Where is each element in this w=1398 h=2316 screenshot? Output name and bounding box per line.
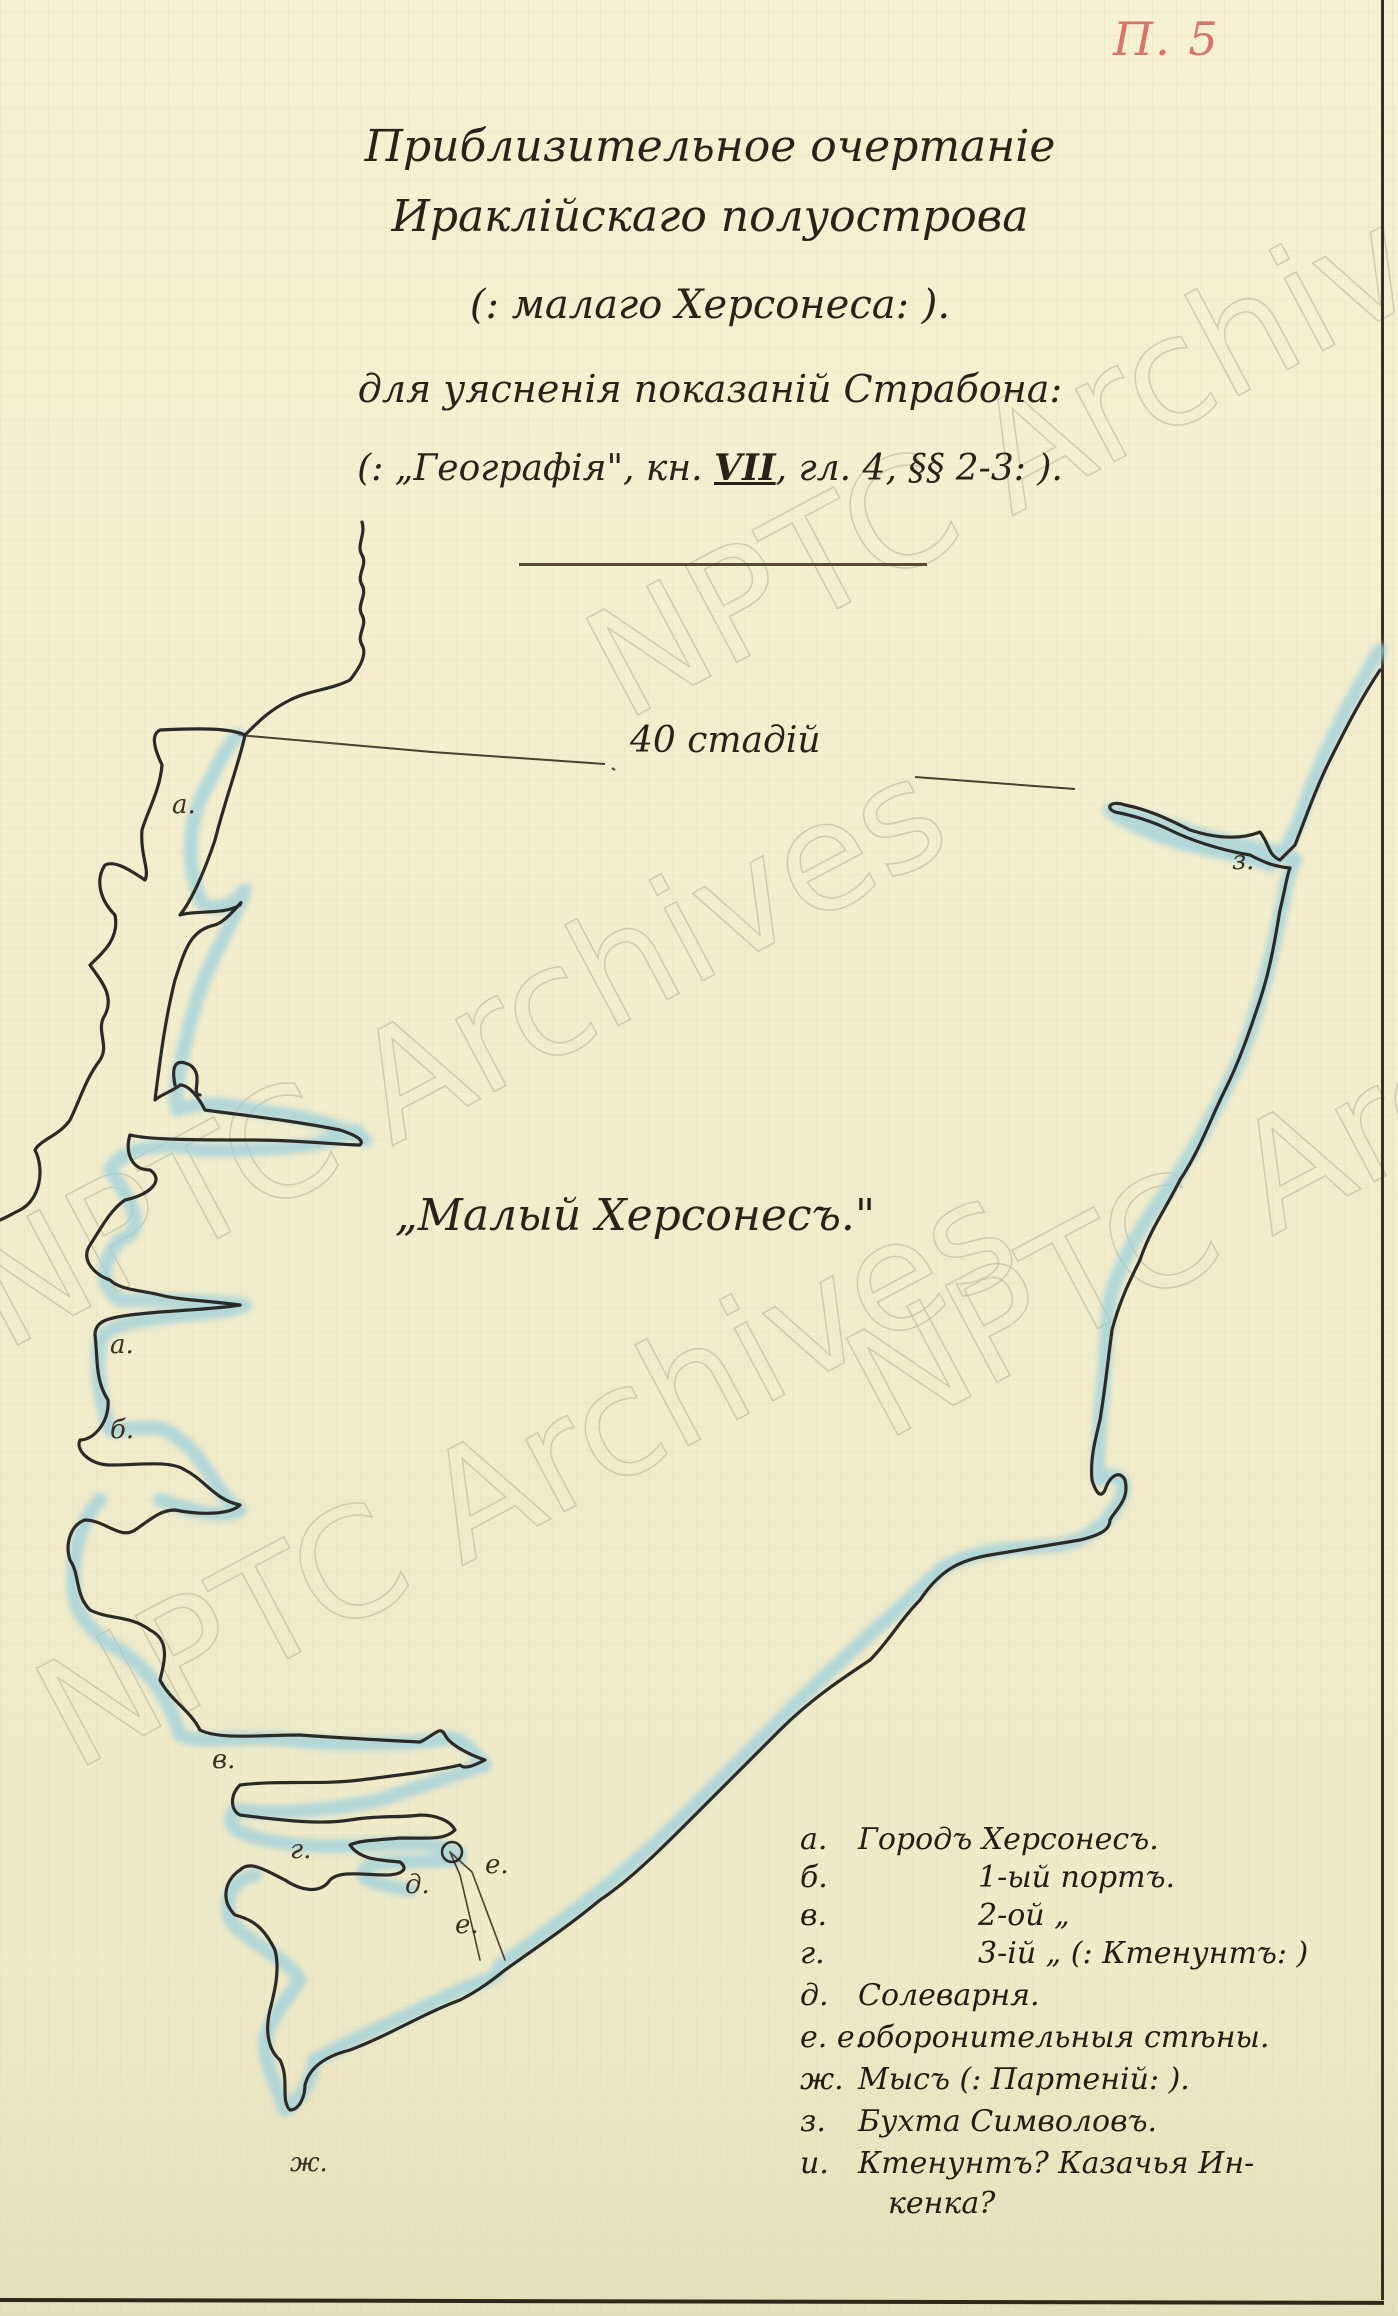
legend-text: Солеварня. (858, 1978, 1040, 2013)
legend-text: кенка? (858, 2186, 995, 2221)
legend-item: в.2-ой „ (800, 1898, 1070, 1933)
legend-key: е. е. (800, 2020, 858, 2055)
legend-item: б.1-ый портъ. (800, 1860, 1175, 1895)
legend-text: Ктенунтъ? Казачья Ин- (858, 2146, 1254, 2181)
legend-key: г. (800, 1936, 858, 1971)
map-point-e2: е. (455, 1910, 479, 1940)
water-wash (74, 650, 1380, 2110)
legend-item: а.Городъ Херсонесъ. (800, 1822, 1159, 1857)
region-label: „Малый Херсонесъ." (395, 1190, 875, 1241)
legend-text: оборонительныя стѣны. (858, 2020, 1269, 2055)
legend-item: з.Бухта Символовъ. (800, 2104, 1157, 2139)
map-point-a-top: а. (172, 790, 196, 820)
legend-item: и.Ктенунтъ? Казачья Ин- (800, 2146, 1254, 2181)
legend-key: а. (800, 1822, 858, 1857)
legend-key: в. (800, 1898, 858, 1933)
map-point-z: з. (1232, 846, 1254, 876)
legend-key: и. (800, 2146, 858, 2181)
map-point-e1: е. (485, 1850, 509, 1880)
map-point-v: в. (212, 1745, 235, 1775)
legend-text: Мысъ (: Партеній: ). (858, 2062, 1190, 2097)
legend-text: 3-ій „ (: Ктенунтъ: ) (858, 1936, 1308, 1971)
legend-text: 1-ый портъ. (858, 1860, 1175, 1895)
map-point-g: г. (290, 1835, 311, 1865)
legend-key: ж. (800, 2062, 858, 2097)
legend-item: кенка? (800, 2186, 995, 2221)
scale-label: 40 стадій (630, 720, 821, 761)
legend-key: з. (800, 2104, 858, 2139)
legend-key: б. (800, 1860, 858, 1895)
map-point-a: а. (110, 1330, 134, 1360)
legend-text: 2-ой „ (858, 1898, 1070, 1933)
legend-item: г.3-ій „ (: Ктенунтъ: ) (800, 1936, 1308, 1971)
legend-text: Городъ Херсонесъ. (858, 1822, 1159, 1857)
map-point-d: д. (405, 1870, 430, 1900)
legend-item: е. е.оборонительныя стѣны. (800, 2020, 1269, 2055)
map-point-zh: ж. (290, 2148, 328, 2178)
legend-key: д. (800, 1978, 858, 2013)
legend-text: Бухта Символовъ. (858, 2104, 1157, 2139)
map-point-b: б. (110, 1415, 134, 1445)
legend-item: ж.Мысъ (: Партеній: ). (800, 2062, 1190, 2097)
legend-item: д.Солеварня. (800, 1978, 1040, 2013)
